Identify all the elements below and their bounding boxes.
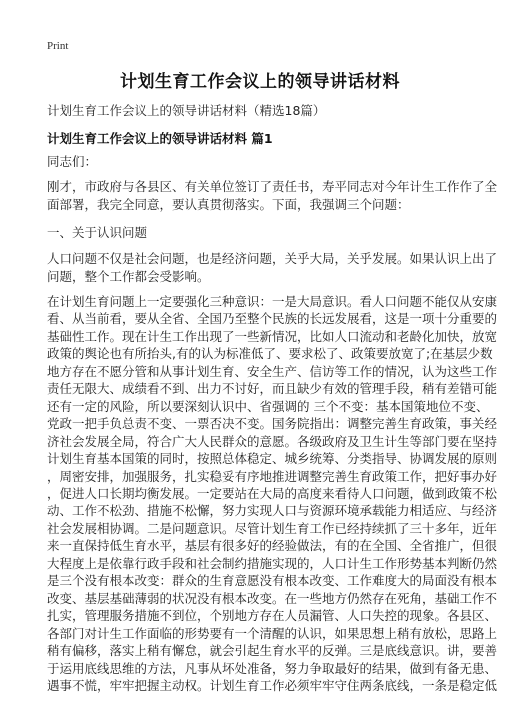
- paragraph-line: 计划生育基本国策的同时，按照总体稳定、城乡统筹、分类指导、协调发展的原则: [47, 450, 475, 467]
- document-title: 计划生育工作会议上的领导讲话材料: [0, 67, 520, 92]
- section-heading: 计划生育工作会议上的领导讲话材料 篇1: [47, 129, 273, 147]
- paragraph-line: 遇事不慌，牢牢把握主动权。计划生育工作必须牢牢守住两条底线，一条是稳定低: [47, 677, 475, 694]
- paragraph-line: 责任无限大、成绩看不到、出力不讨好，而且缺少有效的管理手段，稍有差错可能: [47, 380, 475, 397]
- paragraph-line: 问题，整个工作都会受影响。: [47, 268, 475, 286]
- paragraph-line: 各部门对计生工作面临的形势要有一个清醒的认识，如果思想上稍有放松，思路上: [47, 625, 475, 642]
- paragraph-line: 面部署，我完全同意，要认真贯彻落实。下面，我强调三个问题：: [47, 196, 475, 214]
- paragraph-line: 济社会发展全局，符合广大人民群众的意愿。各级政府及卫生计生等部门要在坚持: [47, 433, 475, 450]
- paragraph-population-issue: 人口问题不仅是社会问题，也是经济问题，关乎大局，关乎发展。如果认识上出了 问题，…: [47, 250, 475, 286]
- paragraph-line: 基础性工作。现在计生工作出现了一些新情况，比如人口流动和老龄化加快，放宽: [47, 328, 475, 345]
- paragraph-line: 改变、基层基础薄弱的状况没有根本改变。在一些地方仍然存在死角，基础工作不: [47, 590, 475, 607]
- paragraph-line: 大程度上是依靠行政手段和社会制约措施实现的，人口计生工作形势基本判断仍然: [47, 555, 475, 572]
- paragraph-line: 稍有偏移，落实上稍有懈怠，就会引起生育水平的反弹。三是底线意识。讲，要善: [47, 642, 475, 659]
- print-label: Print: [47, 40, 68, 52]
- paragraph-line: 人口问题不仅是社会问题，也是经济问题，关乎大局，关乎发展。如果认识上出了: [47, 250, 475, 268]
- paragraph-line: 还有一定的风险，所以要深刻认识中、省强调的 三个不变：基本国策地位不变、: [47, 398, 475, 415]
- paragraph-line: 在计划生育问题上一定要强化三种意识：一是大局意识。看人口问题不能仅从安康: [47, 293, 475, 310]
- subheading-awareness: 一、关于认识问题: [47, 224, 475, 242]
- document-subtitle: 计划生育工作会议上的领导讲话材料（精选18篇）: [47, 101, 325, 119]
- paragraph-line: 扎实，管理服务措施不到位，个别地方存在人员漏管、人口失控的现象。各县区、: [47, 607, 475, 624]
- paragraph-line: 看、从当前看，要从全省、全国乃至整个民族的长远发展看，这是一项十分重要的: [47, 310, 475, 327]
- paragraph-line: ，促进人口长期均衡发展。一定要站在大局的高度来看待人口问题，做到政策不松: [47, 485, 475, 502]
- paragraph-line: 刚才，市政府与各县区、有关单位签订了责任书，寿平同志对今年计生工作作了全: [47, 178, 475, 196]
- paragraph-line: 地方存在不愿分管和从事计划生育、安全生产、信访等工作的情况，认为这些工作: [47, 363, 475, 380]
- paragraph-line: 政策的舆论也有所抬头,有的认为标准低了、要求松了、政策要放宽了;在基层少数: [47, 345, 475, 362]
- paragraph-line: 党政一把手负总责不变、一票否决不变。国务院指出：调整完善生育政策，事关经: [47, 415, 475, 432]
- paragraph-line: 于运用底线思维的方法，凡事从坏处准备，努力争取最好的结果，做到有备无患、: [47, 660, 475, 677]
- paragraph-line: 是三个没有根本改变：群众的生育意愿没有根本改变、工作难度大的局面没有根本: [47, 572, 475, 589]
- paragraph-line: 动、工作不松劲、措施不松懈，努力实现人口与资源环境承载能力相适应、与经济: [47, 502, 475, 519]
- paragraph-intro: 刚才，市政府与各县区、有关单位签订了责任书，寿平同志对今年计生工作作了全 面部署…: [47, 178, 475, 214]
- paragraph-line: 来一直保持低生育水平，基层有很多好的经验做法，有的在全国、全省推广，但很: [47, 537, 475, 554]
- document-page: Print 计划生育工作会议上的领导讲话材料 计划生育工作会议上的领导讲话材料（…: [0, 0, 520, 718]
- paragraph-line: 社会发展相协调。二是问题意识。尽管计划生育工作已经持续抓了三十多年，近年: [47, 520, 475, 537]
- greeting: 同志们：: [47, 153, 475, 171]
- paragraph-line: ，周密安排，加强服务，扎实稳妥有序地推进调整完善生育政策工作，把好事办好: [47, 468, 475, 485]
- paragraph-three-awareness: 在计划生育问题上一定要强化三种意识：一是大局意识。看人口问题不能仅从安康 看、从…: [47, 293, 475, 694]
